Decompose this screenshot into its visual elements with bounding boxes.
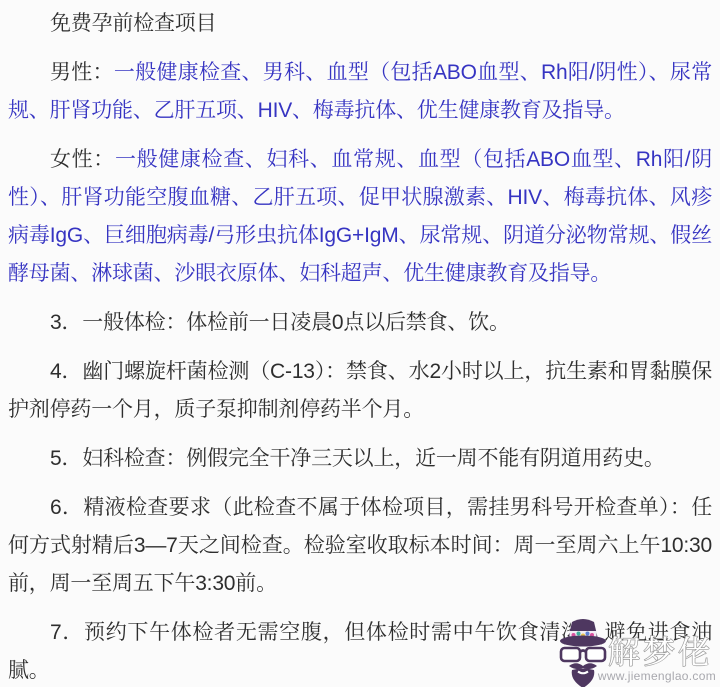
male-exam-list: 一般健康检查、男科、血型（包括ABO血型、Rh阳/阴性）、尿常规、肝肾功能、乙肝… (8, 61, 712, 122)
instruction-item-6: 6．精液检查要求（此检查不属于体检项目，需挂男科号开检查单）：任何方式射精后3—… (8, 489, 712, 603)
page-title: 免费孕前检查项目 (8, 5, 712, 43)
site-watermark: 解梦佬 www.jiemenglao.com (550, 616, 720, 687)
document-page: { "page": { "background": "#fbfbfb", "bo… (0, 0, 720, 687)
watermark-url-text: www.jiemenglao.com (597, 669, 716, 683)
female-exam-paragraph: 女性：一般健康检查、妇科、血常规、血型（包括ABO血型、Rh阳/阴性）、肝肾功能… (8, 141, 712, 293)
watermark-brand-text: 解梦佬 (608, 634, 713, 670)
instruction-item-4: 4．幽门螺旋杆菌检测（C-13）：禁食、水2小时以上，抗生素和胃黏膜保护剂停药一… (8, 353, 712, 429)
male-label: 男性： (50, 61, 114, 84)
document-body: 免费孕前检查项目 男性：一般健康检查、男科、血型（包括ABO血型、Rh阳/阴性）… (0, 0, 720, 687)
instruction-item-5: 5．妇科检查：例假完全干净三天以上，近一周不能有阴道用药史。 (8, 440, 712, 478)
instruction-item-3: 3．一般体检：体检前一日凌晨0点以后禁食、饮。 (8, 304, 712, 342)
male-exam-paragraph: 男性：一般健康检查、男科、血型（包括ABO血型、Rh阳/阴性）、尿常规、肝肾功能… (8, 54, 712, 130)
female-label: 女性： (50, 148, 115, 171)
watermark-graphic: 解梦佬 www.jiemenglao.com (550, 616, 720, 687)
